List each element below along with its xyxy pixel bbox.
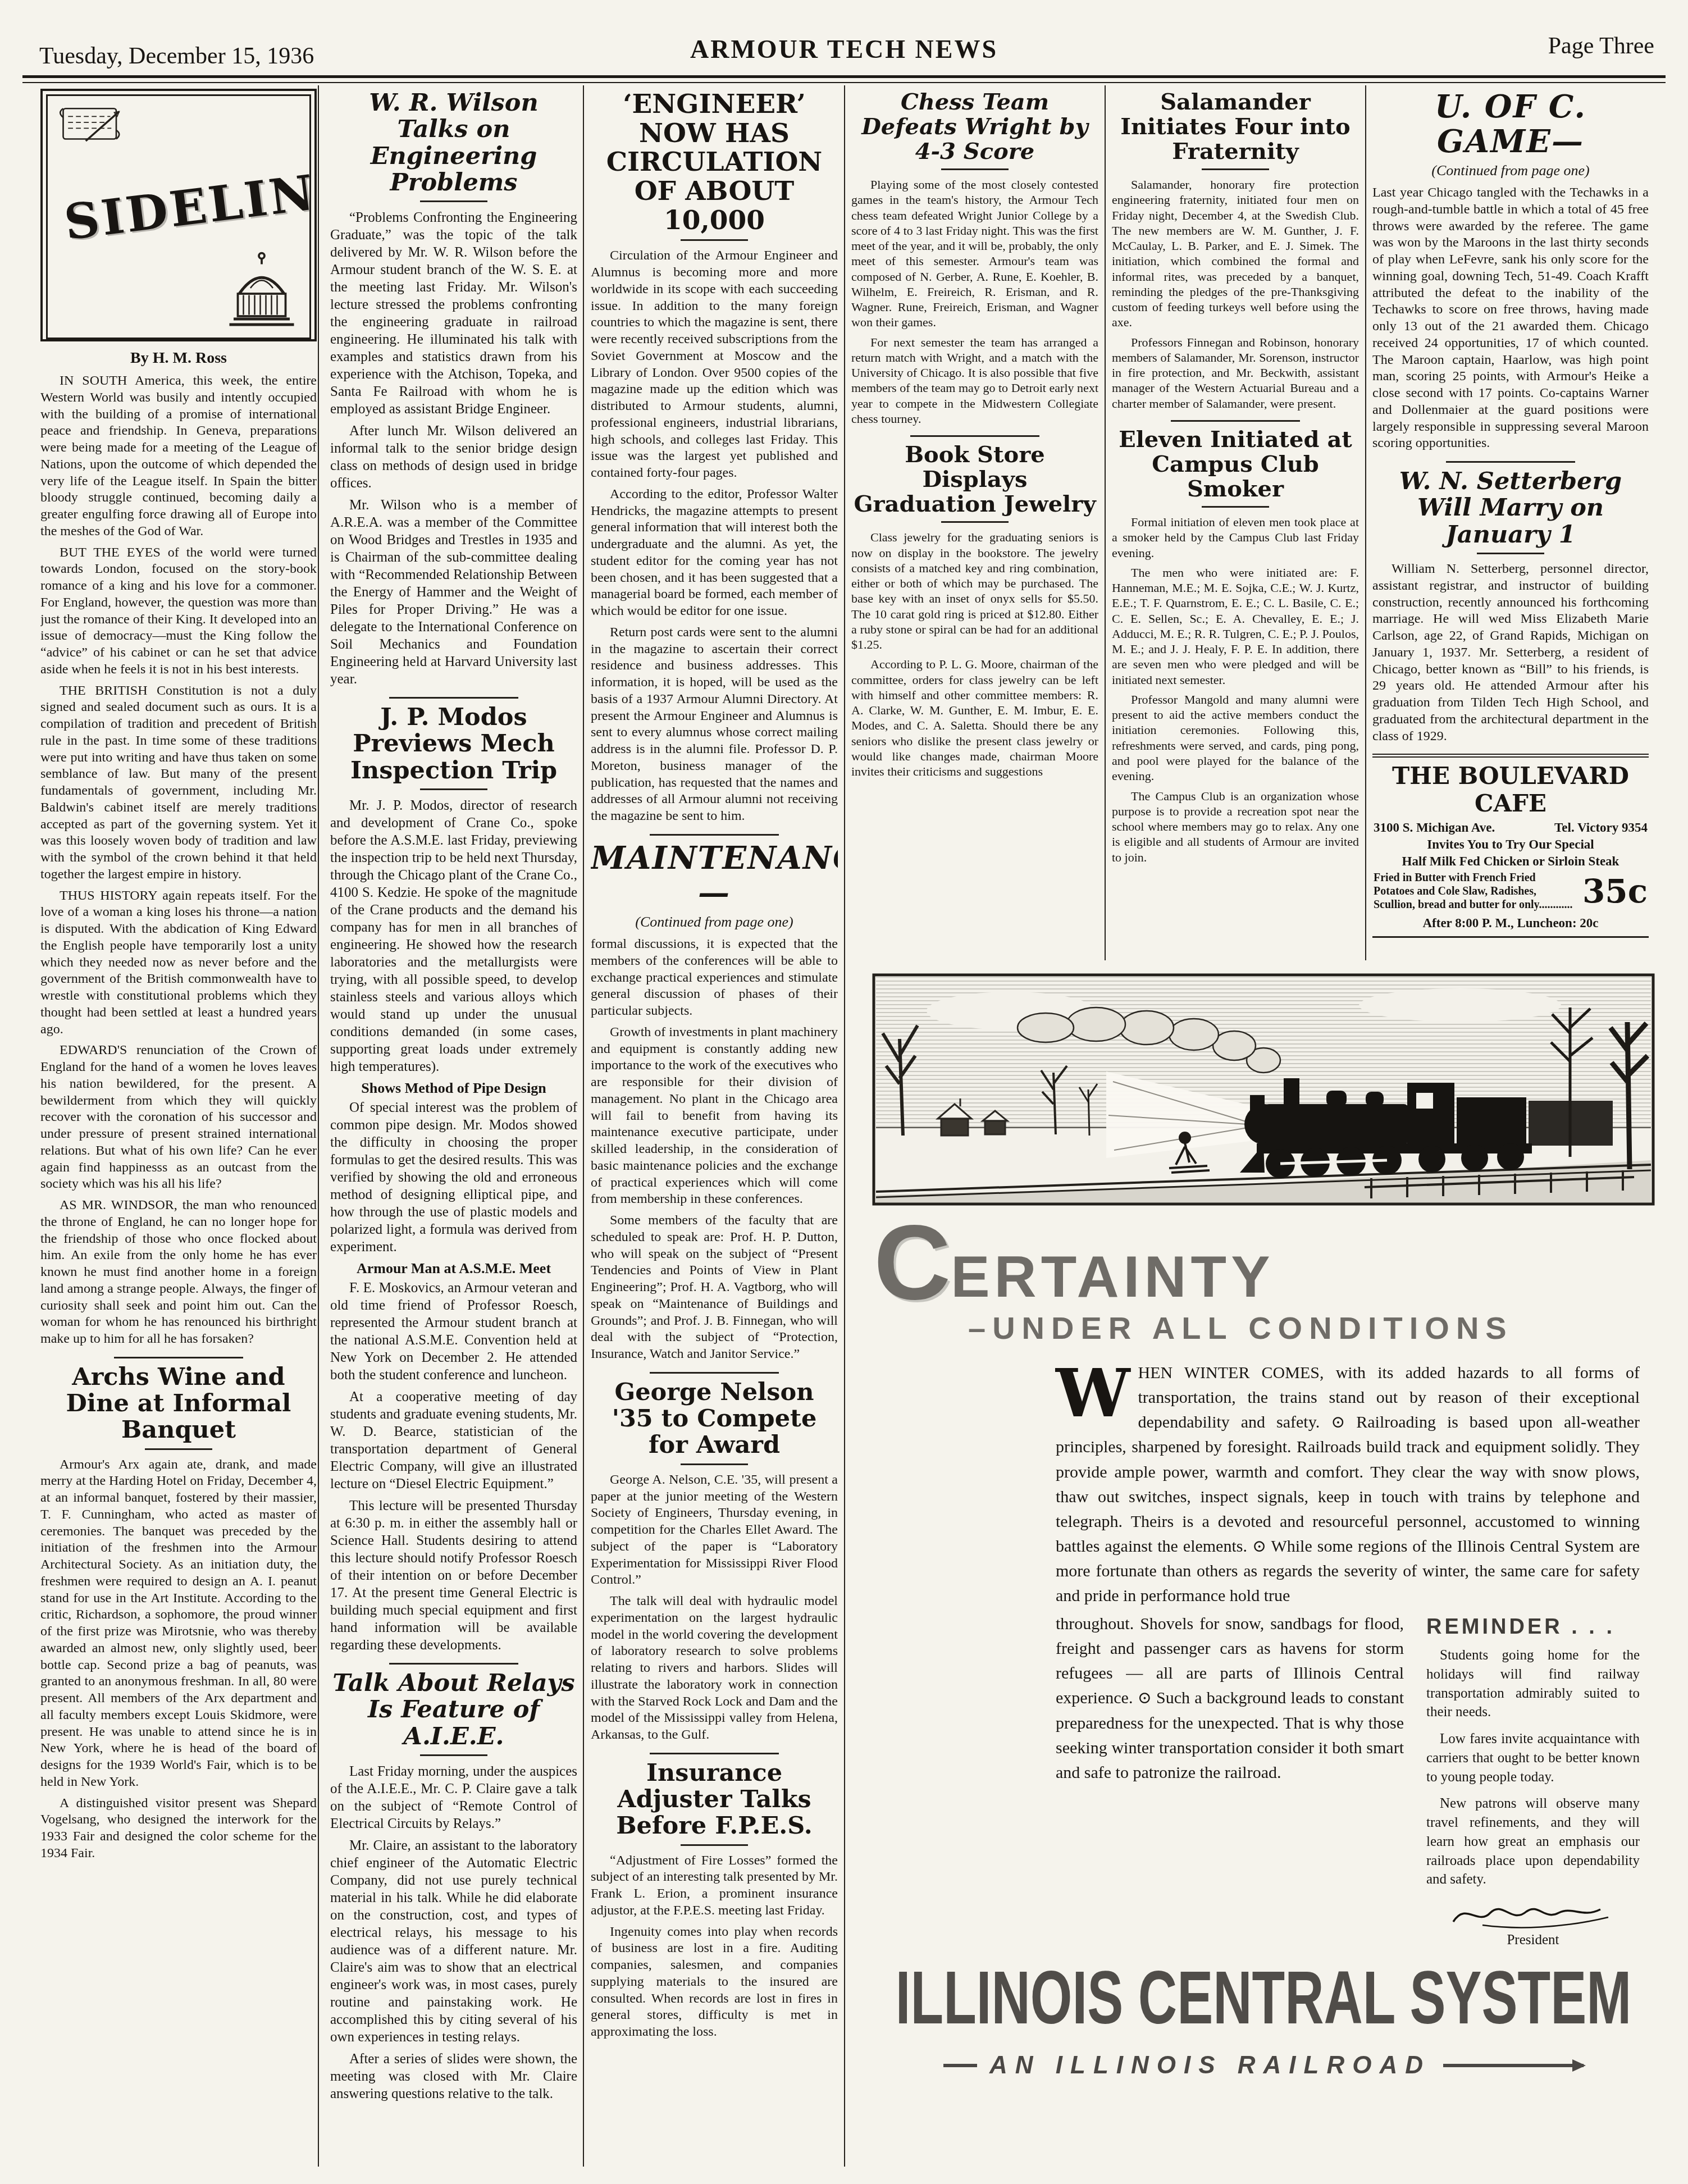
paragraph: Armour's Arx again ate, drank, and made … <box>40 1457 317 1791</box>
paragraph: Of special interest was the problem of c… <box>330 1099 577 1256</box>
paragraph: Professors Finnegan and Robinson, honora… <box>1112 335 1359 411</box>
paragraph: Mr. J. P. Modos, director of research an… <box>330 797 577 1075</box>
paragraph: THUS HISTORY again repeats itself. For t… <box>40 888 317 1038</box>
column-rule <box>1365 85 1366 960</box>
paragraph: This lecture will be presented Thursday … <box>330 1497 577 1654</box>
column-rule <box>1105 85 1106 960</box>
paragraph: THE BRITISH Constitution is not a duly s… <box>40 683 317 883</box>
ad-reminder-column: REMINDER . . . Students going home for t… <box>1426 1612 1640 1948</box>
cafe-price: 35c <box>1582 875 1648 908</box>
page-header: Tuesday, December 15, 1936 ARMOUR TECH N… <box>34 10 1654 73</box>
illinois-central-logotype: ILLINOIS CENTRAL SYSTEM <box>870 1955 1657 2041</box>
ad-dropcap: W <box>1056 1366 1130 1421</box>
column-rule <box>583 85 584 2167</box>
paragraph: Professor Mangold and many alumni were p… <box>1112 692 1359 784</box>
certainty-dropcap: C <box>874 1221 951 1304</box>
headline-salamander-initiates: Salamander Initiates Four into Fraternit… <box>1112 90 1359 164</box>
president-label: President <box>1426 1932 1640 1948</box>
headline-campus-club-smoker: Eleven Initiated at Campus Club Smoker <box>1112 427 1359 501</box>
paragraph: F. E. Moskovics, an Armour veteran and o… <box>330 1279 577 1384</box>
headline-rule <box>941 168 1009 170</box>
newspaper-title: ARMOUR TECH NEWS <box>34 34 1654 64</box>
column-two: W. R. Wilson Talks on Engineering Proble… <box>330 85 577 2169</box>
headline-rule <box>1202 168 1269 170</box>
article-separator <box>650 1372 779 1374</box>
column-five: Salamander Initiates Four into Fraternit… <box>1112 85 1359 961</box>
paragraph: Mr. Claire, an assistant to the laborato… <box>330 1837 577 2046</box>
paragraph: After a series of slides were shown, the… <box>330 2050 577 2103</box>
headline-insurance-fpes: Insurance Adjuster Talks Before F.P.E.S. <box>591 1760 838 1840</box>
paragraph: Last year Chicago tangled with the Techa… <box>1372 185 1649 452</box>
article-separator <box>1171 420 1300 422</box>
article-separator <box>650 1753 779 1754</box>
headline-rule <box>681 1844 748 1846</box>
sidelines-masthead-frame: SIDELINES <box>46 94 311 339</box>
article-separator <box>389 1663 518 1665</box>
winter-train-illustration <box>870 972 1657 1207</box>
cafe-detail: Fried in Butter with French Fried Potato… <box>1374 871 1577 911</box>
headline-wilson-talk: W. R. Wilson Talks on Engineering Proble… <box>330 90 577 196</box>
headline-archs-banquet: Archs Wine and Dine at Informal Banquet <box>40 1364 317 1444</box>
certainty-word: ERTAINTY <box>951 1251 1274 1305</box>
headline-nelson-award: George Nelson '35 to Compete for Award <box>591 1379 838 1459</box>
ad-intro-paragraph: WHEN WINTER COMES, with its added hazard… <box>1056 1361 1640 1608</box>
paragraph: Growth of investments in plant machinery… <box>591 1024 838 1208</box>
headline-rule <box>681 239 748 241</box>
byline: By H. M. Ross <box>40 349 317 367</box>
headline-rule <box>941 521 1009 523</box>
reminder-title: REMINDER . . . <box>1426 1615 1640 1639</box>
cafe-phone: Tel. Victory 9354 <box>1554 820 1648 835</box>
headline-rule <box>420 1754 487 1756</box>
headline-modos-trip: J. P. Modos Previews Mech Inspection Tri… <box>330 704 577 784</box>
continued-note: (Continued from page one) <box>1372 162 1649 179</box>
article-separator <box>1446 461 1575 463</box>
paragraph: Last Friday morning, under the auspices … <box>330 1763 577 1832</box>
arrow-icon <box>1443 2064 1584 2067</box>
headline-maintenance-continued: MAINTENANCE— <box>591 841 838 910</box>
paragraph: The Campus Club is an organization whose… <box>1112 788 1359 865</box>
paragraph: Class jewelry for the graduating seniors… <box>851 530 1098 652</box>
ad-intro-text: HEN WINTER COMES, with its added hazards… <box>1056 1364 1640 1605</box>
railroad-tagline: AN ILLINOIS RAILROAD <box>870 2051 1657 2080</box>
cafe-address: 3100 S. Michigan Ave. <box>1374 820 1495 835</box>
paragraph: Some members of the faculty that are sch… <box>591 1212 838 1363</box>
paragraph: According to the editor, Professor Walte… <box>591 486 838 620</box>
column-four: Chess Team Defeats Wright by 4-3 Score P… <box>851 85 1098 961</box>
headline-rule <box>1202 506 1269 508</box>
column-rule <box>844 85 845 2167</box>
paragraph: EDWARD'S renunciation of the Crown of En… <box>40 1042 317 1193</box>
paragraph: “Adjustment of Fire Losses” formed the s… <box>591 1853 838 1919</box>
cafe-name: THE BOULEVARD CAFE <box>1374 762 1648 817</box>
headline-rule <box>420 788 487 790</box>
paragraph: Mr. Wilson who is a member of A.R.E.A. w… <box>330 496 577 688</box>
sidelines-title: SIDELINES <box>61 155 317 252</box>
paragraph: formal discussions, it is expected that … <box>591 936 838 1020</box>
certainty-heading: C ERTAINTY –UNDER ALL CONDITIONS <box>874 1221 1657 1346</box>
paragraph: The talk will deal with hydraulic model … <box>591 1593 838 1744</box>
article-separator <box>650 834 779 836</box>
paragraph: At a cooperative meeting of day students… <box>330 1388 577 1493</box>
boulevard-cafe-ad: THE BOULEVARD CAFE 3100 S. Michigan Ave.… <box>1372 754 1649 938</box>
paragraph: A distinguished visitor present was Shep… <box>40 1795 317 1862</box>
headline-bookstore-jewelry: Book Store Displays Graduation Jewelry <box>851 443 1098 517</box>
page-number: Page Three <box>1548 33 1654 60</box>
column-rule <box>318 85 319 2167</box>
headline-rule <box>145 1448 212 1450</box>
tagline-text: AN ILLINOIS RAILROAD <box>989 2051 1431 2080</box>
sidelines-masthead: SIDELINES <box>40 89 317 341</box>
headline-rule <box>681 1463 748 1465</box>
reminder-paragraph: Students going home for the holidays wil… <box>1426 1646 1640 1722</box>
paragraph: For next semester the team has arranged … <box>851 335 1098 427</box>
reminder-paragraph: Low fares invite acquaintance with carri… <box>1426 1730 1640 1786</box>
paragraph: Salamander, honorary fire protection eng… <box>1112 177 1359 330</box>
headline-rule <box>420 200 487 202</box>
paragraph: George A. Nelson, C.E. '35, will present… <box>591 1472 838 1589</box>
paragraph: Ingenuity comes into play when records o… <box>591 1924 838 2041</box>
column-sidelines: SIDELINES By H. M. Ross IN SOUTH America… <box>40 85 317 2169</box>
capitol-dome-icon <box>220 249 304 333</box>
paragraph: After lunch Mr. Wilson delivered an info… <box>330 422 577 492</box>
paragraph: IN SOUTH America, this week, the entire … <box>40 373 317 540</box>
cafe-special: Half Milk Fed Chicken or Sirloin Steak <box>1374 854 1648 869</box>
paragraph: According to P. L. G. Moore, chairman of… <box>851 656 1098 779</box>
headline-uofc-game: U. OF C. GAME— <box>1372 90 1649 159</box>
paragraph: Return post cards were sent to the alumn… <box>591 624 838 825</box>
signature-icon <box>1449 1897 1617 1930</box>
headline-engineer-circulation: ‘ENGINEER’ NOW HAS CIRCULATION OF ABOUT … <box>591 90 838 235</box>
paragraph: Playing some of the most closely contest… <box>851 177 1098 330</box>
headline-rule <box>1477 553 1544 554</box>
cafe-invite: Invites You to Try Our Special <box>1374 837 1648 852</box>
column-three: ‘ENGINEER’ NOW HAS CIRCULATION OF ABOUT … <box>591 85 838 2169</box>
illinois-central-ad: C ERTAINTY –UNDER ALL CONDITIONS WHEN WI… <box>870 972 1657 2168</box>
paragraph: The men who were initiated are: F. Hanne… <box>1112 565 1359 687</box>
article-separator <box>114 1357 243 1358</box>
paragraph: Circulation of the Armour Engineer and A… <box>591 248 838 482</box>
ad-left-column: throughout. Shovels for snow, sandbags f… <box>1056 1612 1404 1948</box>
cafe-luncheon: After 8:00 P. M., Luncheon: 20c <box>1374 916 1648 931</box>
newspaper-page: Tuesday, December 15, 1936 ARMOUR TECH N… <box>0 0 1688 2184</box>
paragraph: Formal initiation of eleven men took pla… <box>1112 514 1359 560</box>
paragraph: AS MR. WINDSOR, the man who renounced th… <box>40 1197 317 1348</box>
subhead-pipe-design: Shows Method of Pipe Design <box>330 1080 577 1097</box>
paragraph: “Problems Confronting the Engineering Gr… <box>330 209 577 418</box>
certainty-subheading: –UNDER ALL CONDITIONS <box>968 1310 1657 1346</box>
tagline-dash <box>943 2064 977 2067</box>
header-double-rule <box>22 75 1666 83</box>
continued-note: (Continued from page one) <box>591 914 838 931</box>
column-six: U. OF C. GAME— (Continued from page one)… <box>1372 85 1649 961</box>
headline-relays-aiee: Talk About Relays Is Feature of A.I.E.E. <box>330 1670 577 1750</box>
subhead-asme-meet: Armour Man at A.S.M.E. Meet <box>330 1260 577 1277</box>
article-separator <box>389 697 518 699</box>
reminder-paragraph: New patrons will observe many travel ref… <box>1426 1794 1640 1889</box>
president-signature: President <box>1426 1897 1640 1948</box>
paragraph: BUT THE EYES of the world were turned to… <box>40 545 317 678</box>
paragraph: William N. Setterberg, personnel directo… <box>1372 561 1649 745</box>
headline-setterberg-marry: W. N. Setterberg Will Marry on January 1 <box>1372 468 1649 548</box>
headline-chess-team: Chess Team Defeats Wright by 4-3 Score <box>851 90 1098 164</box>
scroll-icon <box>53 101 132 154</box>
article-separator <box>910 435 1039 437</box>
